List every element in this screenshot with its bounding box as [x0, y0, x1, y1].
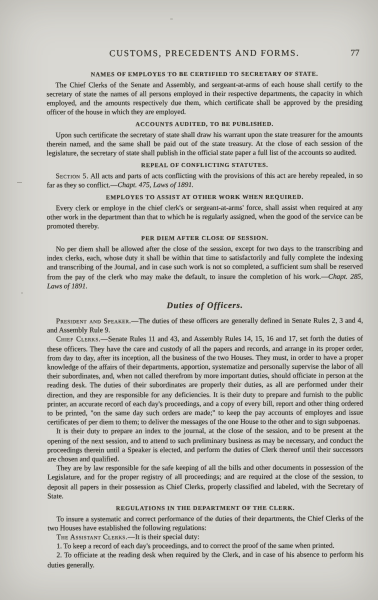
paragraph: The Chief Clerks of the Senate and Assem…	[47, 80, 363, 117]
section-lead: Section 5.	[56, 172, 89, 180]
section-heading-accounts-audited: ACCOUNTS AUDITED, TO BE PUBLISHED.	[47, 122, 363, 129]
running-header-title: CUSTOMS, PRECEDENTS AND FORMS.	[109, 48, 299, 58]
paragraph: Chief Clerks.—Senate Rules 11 and 43, an…	[47, 335, 363, 428]
paragraph: President and Speaker.—The duties of the…	[47, 317, 363, 336]
paragraph-text: All acts and parts of acts conflicting w…	[47, 172, 363, 190]
paragraph: No per diem shall be allowed after the c…	[47, 245, 363, 292]
paragraph-text: No per diem shall be allowed after the c…	[47, 245, 363, 281]
page-number: 77	[350, 48, 359, 58]
paragraph-lead-chief-clerks: Chief Clerks.—	[56, 336, 108, 344]
paragraph-lead-assistant-clerks: The Assistant Clerks.—	[56, 533, 135, 541]
paragraph: Upon such certificate the secretary of s…	[47, 130, 363, 158]
regulation-item: 2. To officiate at the reading desk when…	[48, 551, 364, 570]
paragraph-lead-president-and-speaker: President and Speaker.—	[56, 317, 139, 325]
paragraph: They are by law responsible for the safe…	[47, 464, 363, 501]
section-heading-per-diem: PER DIEM AFTER CLOSE OF SESSION.	[47, 236, 363, 243]
scan-artifact-speck	[21, 292, 23, 294]
page-content: CUSTOMS, PRECEDENTS AND FORMS. 77 NAMES …	[46, 48, 363, 570]
scan-artifact-dash	[17, 182, 22, 183]
paragraph: To insure a systematic and correct perfo…	[47, 514, 363, 533]
section-heading-regulations: REGULATIONS IN THE DEPARTMENT OF THE CLE…	[47, 506, 363, 513]
running-header: CUSTOMS, PRECEDENTS AND FORMS. 77	[46, 48, 362, 59]
scan-artifact-speck	[170, 18, 173, 20]
paragraph: It is their duty to prepare an index to …	[47, 427, 363, 464]
section-heading-employes-assist: EMPLOYES TO ASSIST AT OTHER WORK WHEN RE…	[47, 195, 363, 202]
citation: Chapt. 475, Laws of 1891.	[118, 181, 194, 189]
paragraph-text: Senate Rules 11 and 43, and Assembly Rul…	[47, 335, 363, 426]
section-heading-repeal: REPEAL OF CONFLICTING STATUTES.	[47, 163, 363, 170]
section-heading-names-of-employes: NAMES OF EMPLOYES TO BE CERTIFIED TO SEC…	[47, 72, 363, 79]
paragraph: Section 5. All acts and parts of acts co…	[47, 172, 363, 191]
paragraph-text: It is their special duty:	[135, 533, 199, 541]
scanned-book-page: CUSTOMS, PRECEDENTS AND FORMS. 77 NAMES …	[0, 0, 378, 600]
paragraph: Every clerk or employe in the chief cler…	[47, 203, 363, 231]
chapter-heading-duties-of-officers: Duties of Officers.	[47, 300, 363, 311]
